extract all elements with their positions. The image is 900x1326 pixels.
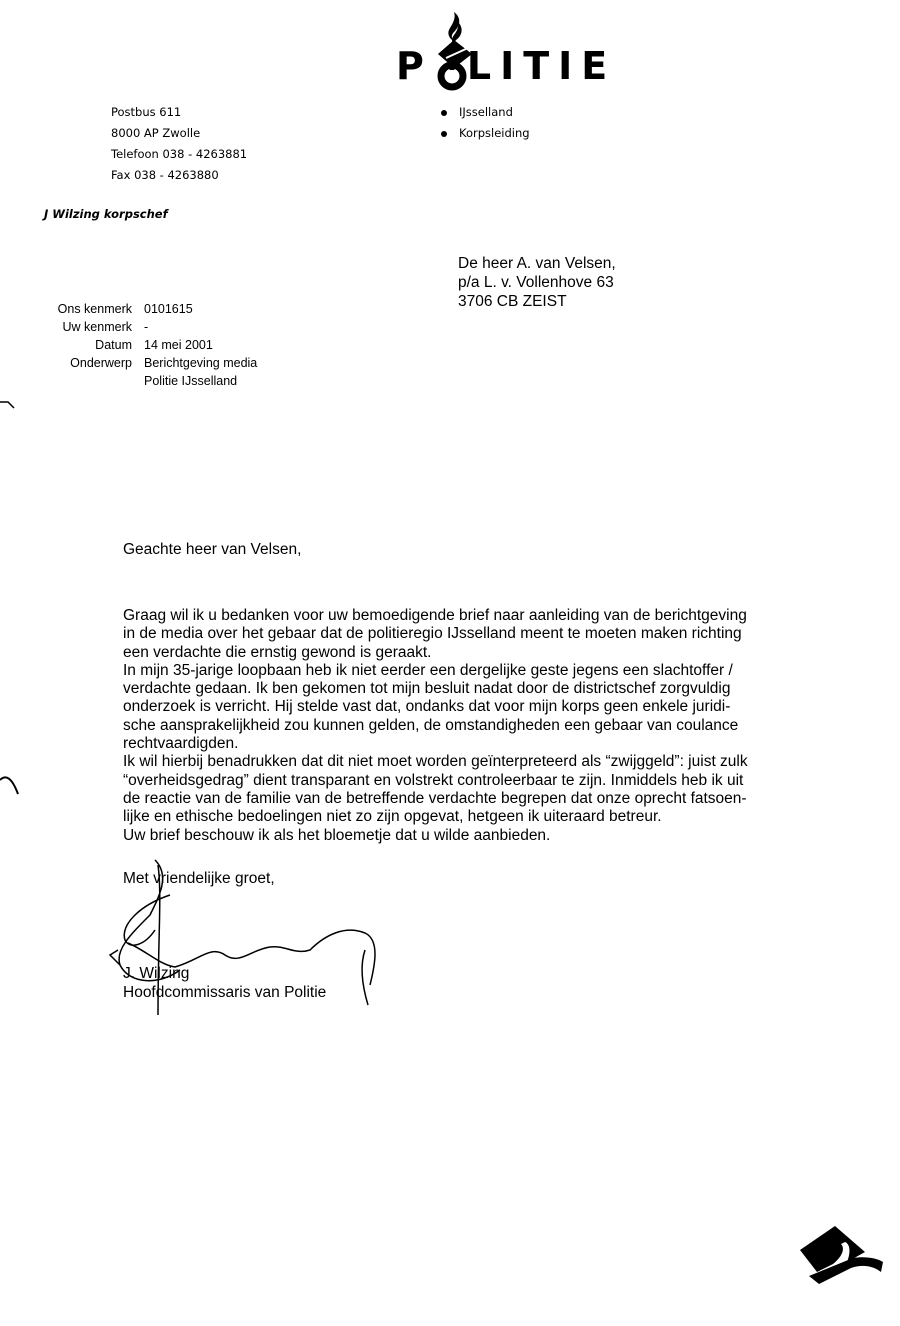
- sender-postbus: Postbus 611: [111, 102, 247, 123]
- bullet-icon: [441, 131, 447, 137]
- logo-letter-p: P: [396, 44, 433, 88]
- body-line: Graag wil ik u bedanken voor uw bemoedig…: [123, 607, 803, 625]
- body-line: Ik wil hierbij benadrukken dat dit niet …: [123, 753, 803, 771]
- logo-letters-litie: LITIE: [467, 44, 616, 88]
- department-list: IJsselland Korpsleiding: [441, 102, 530, 144]
- reference-label: Onderwerp: [40, 354, 132, 372]
- body-line: Uw brief beschouw ik als het bloemetje d…: [123, 827, 803, 845]
- body-line: rechtvaardigden.: [123, 735, 803, 753]
- reference-row: Politie IJsselland: [40, 372, 257, 390]
- reference-label: Uw kenmerk: [40, 318, 132, 336]
- police-emblem-icon: [432, 10, 478, 92]
- salutation: Geachte heer van Velsen,: [123, 541, 301, 559]
- logo-wordmark: PLITIE: [396, 46, 616, 86]
- body-line: in de media over het gebaar dat de polit…: [123, 625, 803, 643]
- body-line: sche aansprakelijkheid zou kunnen gelden…: [123, 717, 803, 735]
- reference-row: Datum14 mei 2001: [40, 336, 257, 354]
- reference-label: [40, 372, 132, 390]
- reference-value: Berichtgeving media: [144, 354, 257, 372]
- politie-logo: PLITIE: [396, 10, 636, 90]
- reference-value: -: [144, 318, 148, 336]
- department-item: IJsselland: [441, 102, 530, 123]
- body-line: een verdachte die ernstig gewond is gera…: [123, 644, 803, 662]
- reference-row: OnderwerpBerichtgeving media: [40, 354, 257, 372]
- recipient-street: p/a L. v. Vollenhove 63: [458, 273, 616, 292]
- reference-label: Ons kenmerk: [40, 300, 132, 318]
- reference-row: Uw kenmerk-: [40, 318, 257, 336]
- reference-row: Ons kenmerk0101615: [40, 300, 257, 318]
- body-line: “overheidsgedrag” dient transparant en v…: [123, 772, 803, 790]
- letter-body: Graag wil ik u bedanken voor uw bemoedig…: [123, 607, 803, 845]
- reference-value: Politie IJsselland: [144, 372, 237, 390]
- police-region-logo-icon: [795, 1222, 885, 1292]
- sender-fax: Fax 038 - 4263880: [111, 165, 247, 186]
- scan-mark-icon: [0, 772, 24, 798]
- department-item: Korpsleiding: [441, 123, 530, 144]
- recipient-city: 3706 CB ZEIST: [458, 292, 616, 311]
- department-label: IJsselland: [459, 102, 513, 123]
- reference-table: Ons kenmerk0101615 Uw kenmerk- Datum14 m…: [40, 300, 257, 390]
- body-line: de reactie van de familie van de betreff…: [123, 790, 803, 808]
- body-line: onderzoek is verricht. Hij stelde vast d…: [123, 698, 803, 716]
- department-label: Korpsleiding: [459, 123, 530, 144]
- scan-mark-icon: [0, 398, 20, 418]
- body-line: In mijn 35-jarige loopbaan heb ik niet e…: [123, 662, 803, 680]
- reference-value: 0101615: [144, 300, 193, 318]
- bullet-icon: [441, 110, 447, 116]
- recipient-address: De heer A. van Velsen, p/a L. v. Vollenh…: [458, 254, 616, 311]
- body-line: verdachte gedaan. Ik ben gekomen tot mij…: [123, 680, 803, 698]
- reference-label: Datum: [40, 336, 132, 354]
- recipient-name: De heer A. van Velsen,: [458, 254, 616, 273]
- sender-address: Postbus 611 8000 AP Zwolle Telefoon 038 …: [111, 102, 247, 186]
- sender-chief: J Wilzing korpschef: [44, 207, 168, 221]
- signature-icon: [100, 855, 400, 1015]
- body-line: lijke en ethische bedoelingen niet zo zi…: [123, 808, 803, 826]
- reference-value: 14 mei 2001: [144, 336, 213, 354]
- sender-city: 8000 AP Zwolle: [111, 123, 247, 144]
- sender-phone: Telefoon 038 - 4263881: [111, 144, 247, 165]
